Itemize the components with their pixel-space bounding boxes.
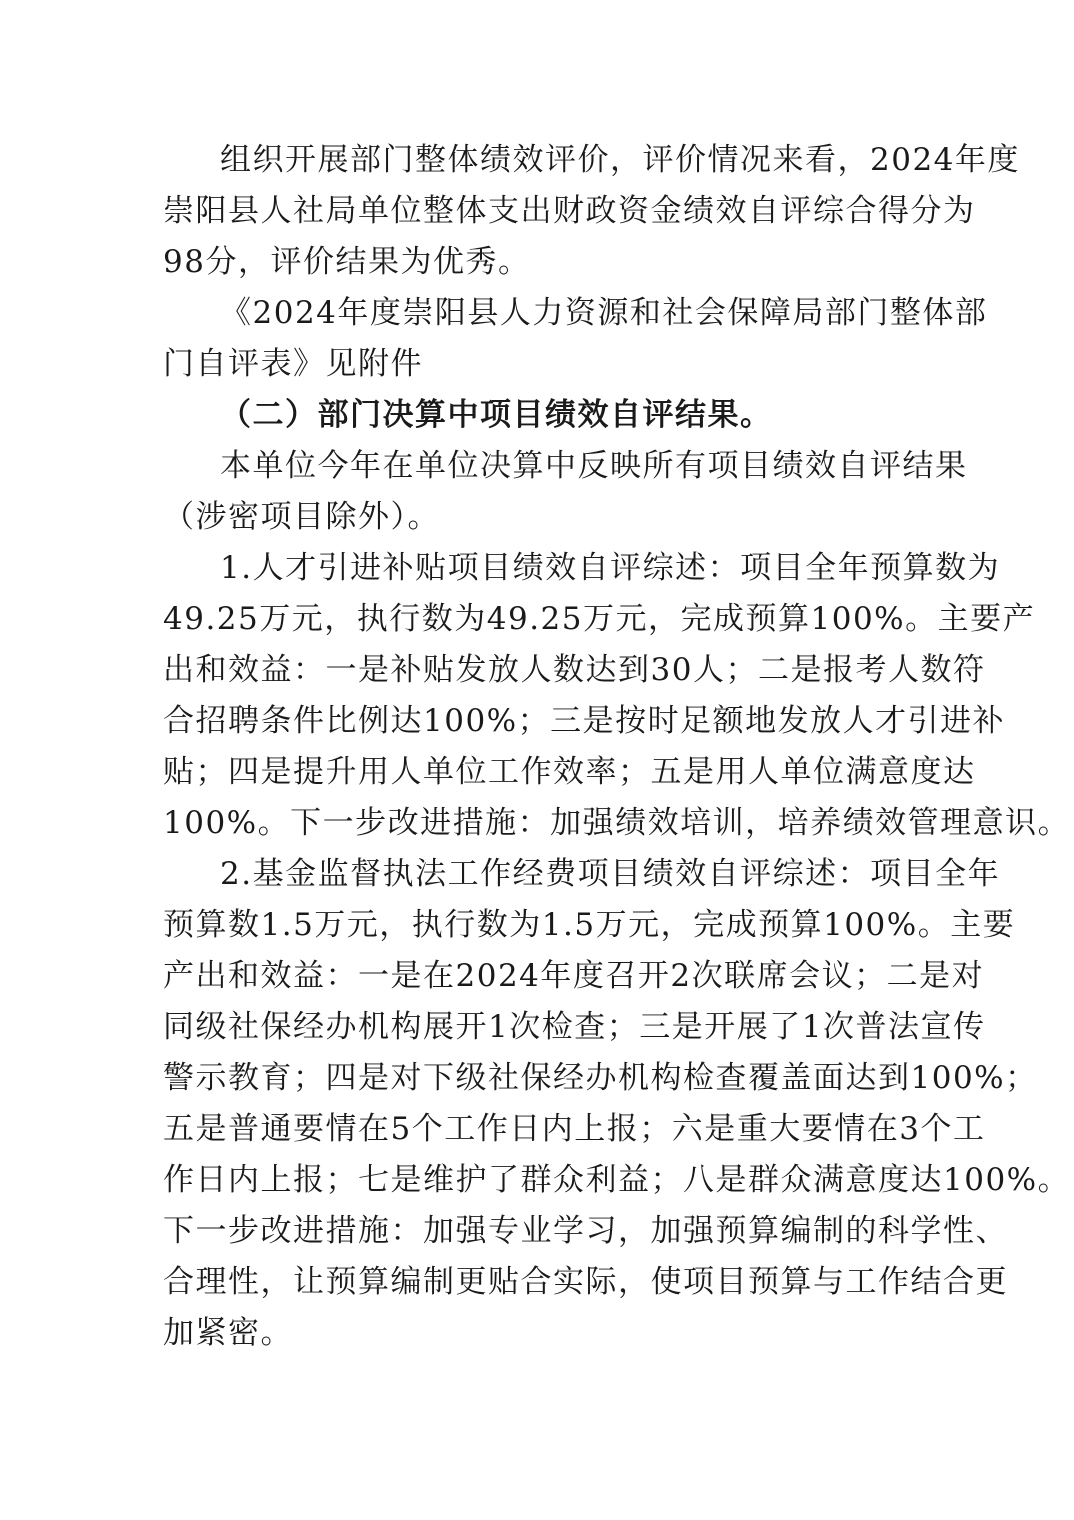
paragraph-project-2-line-3: 产出和效益：一是在2024年度召开2次联席会议；二是对 bbox=[163, 951, 923, 1002]
paragraph-intro-line-1: 本单位今年在单位决算中反映所有项目绩效自评结果 bbox=[220, 441, 910, 492]
paragraph-project-2-line-8: 下一步改进措施：加强专业学习，加强预算编制的科学性、 bbox=[163, 1206, 923, 1257]
paragraph-project-2-line-2: 预算数1.5万元，执行数为1.5万元，完成预算100%。主要 bbox=[163, 900, 923, 951]
paragraph-project-2-line-4: 同级社保经办机构展开1次检查；三是开展了1次普法宣传 bbox=[163, 1002, 923, 1053]
paragraph-project-2-line-9: 合理性，让预算编制更贴合实际，使项目预算与工作结合更 bbox=[163, 1257, 923, 1308]
paragraph-project-1-line-1: 1.人才引进补贴项目绩效自评综述：项目全年预算数为 bbox=[220, 543, 910, 594]
paragraph-attachment-note-line-2: 门自评表》见附件 bbox=[163, 339, 923, 390]
paragraph-project-1-line-4: 合招聘条件比例达100%；三是按时足额地发放人才引进补 bbox=[163, 696, 923, 747]
paragraph-project-2-line-1: 2.基金监督执法工作经费项目绩效自评综述：项目全年 bbox=[220, 849, 910, 900]
paragraph-overall-evaluation-line-3: 98分，评价结果为优秀。 bbox=[163, 237, 923, 288]
paragraph-project-2-line-7: 作日内上报；七是维护了群众利益；八是群众满意度达100%。 bbox=[163, 1155, 923, 1206]
paragraph-project-1-line-6: 100%。下一步改进措施：加强绩效培训，培养绩效管理意识。 bbox=[163, 798, 923, 849]
document-page: 组织开展部门整体绩效评价，评价情况来看，2024年度 崇阳县人社局单位整体支出财… bbox=[0, 0, 1074, 1520]
paragraph-overall-evaluation-line-1: 组织开展部门整体绩效评价，评价情况来看，2024年度 bbox=[220, 135, 910, 186]
paragraph-project-2-line-6: 五是普通要情在5个工作日内上报；六是重大要情在3个工 bbox=[163, 1104, 923, 1155]
paragraph-attachment-note-line-1: 《2024年度崇阳县人力资源和社会保障局部门整体部 bbox=[220, 288, 910, 339]
paragraph-overall-evaluation-line-2: 崇阳县人社局单位整体支出财政资金绩效自评综合得分为 bbox=[163, 186, 923, 237]
paragraph-intro-line-2: （涉密项目除外）。 bbox=[163, 492, 923, 543]
paragraph-project-1-line-3: 出和效益：一是补贴发放人数达到30人；二是报考人数符 bbox=[163, 645, 923, 696]
paragraph-project-1-line-5: 贴；四是提升用人单位工作效率；五是用人单位满意度达 bbox=[163, 747, 923, 798]
paragraph-project-2-line-10: 加紧密。 bbox=[163, 1308, 923, 1359]
paragraph-project-2-line-5: 警示教育；四是对下级社保经办机构检查覆盖面达到100%； bbox=[163, 1053, 923, 1104]
section-heading: （二）部门决算中项目绩效自评结果。 bbox=[220, 390, 980, 441]
paragraph-project-1-line-2: 49.25万元，执行数为49.25万元，完成预算100%。主要产 bbox=[163, 594, 923, 645]
